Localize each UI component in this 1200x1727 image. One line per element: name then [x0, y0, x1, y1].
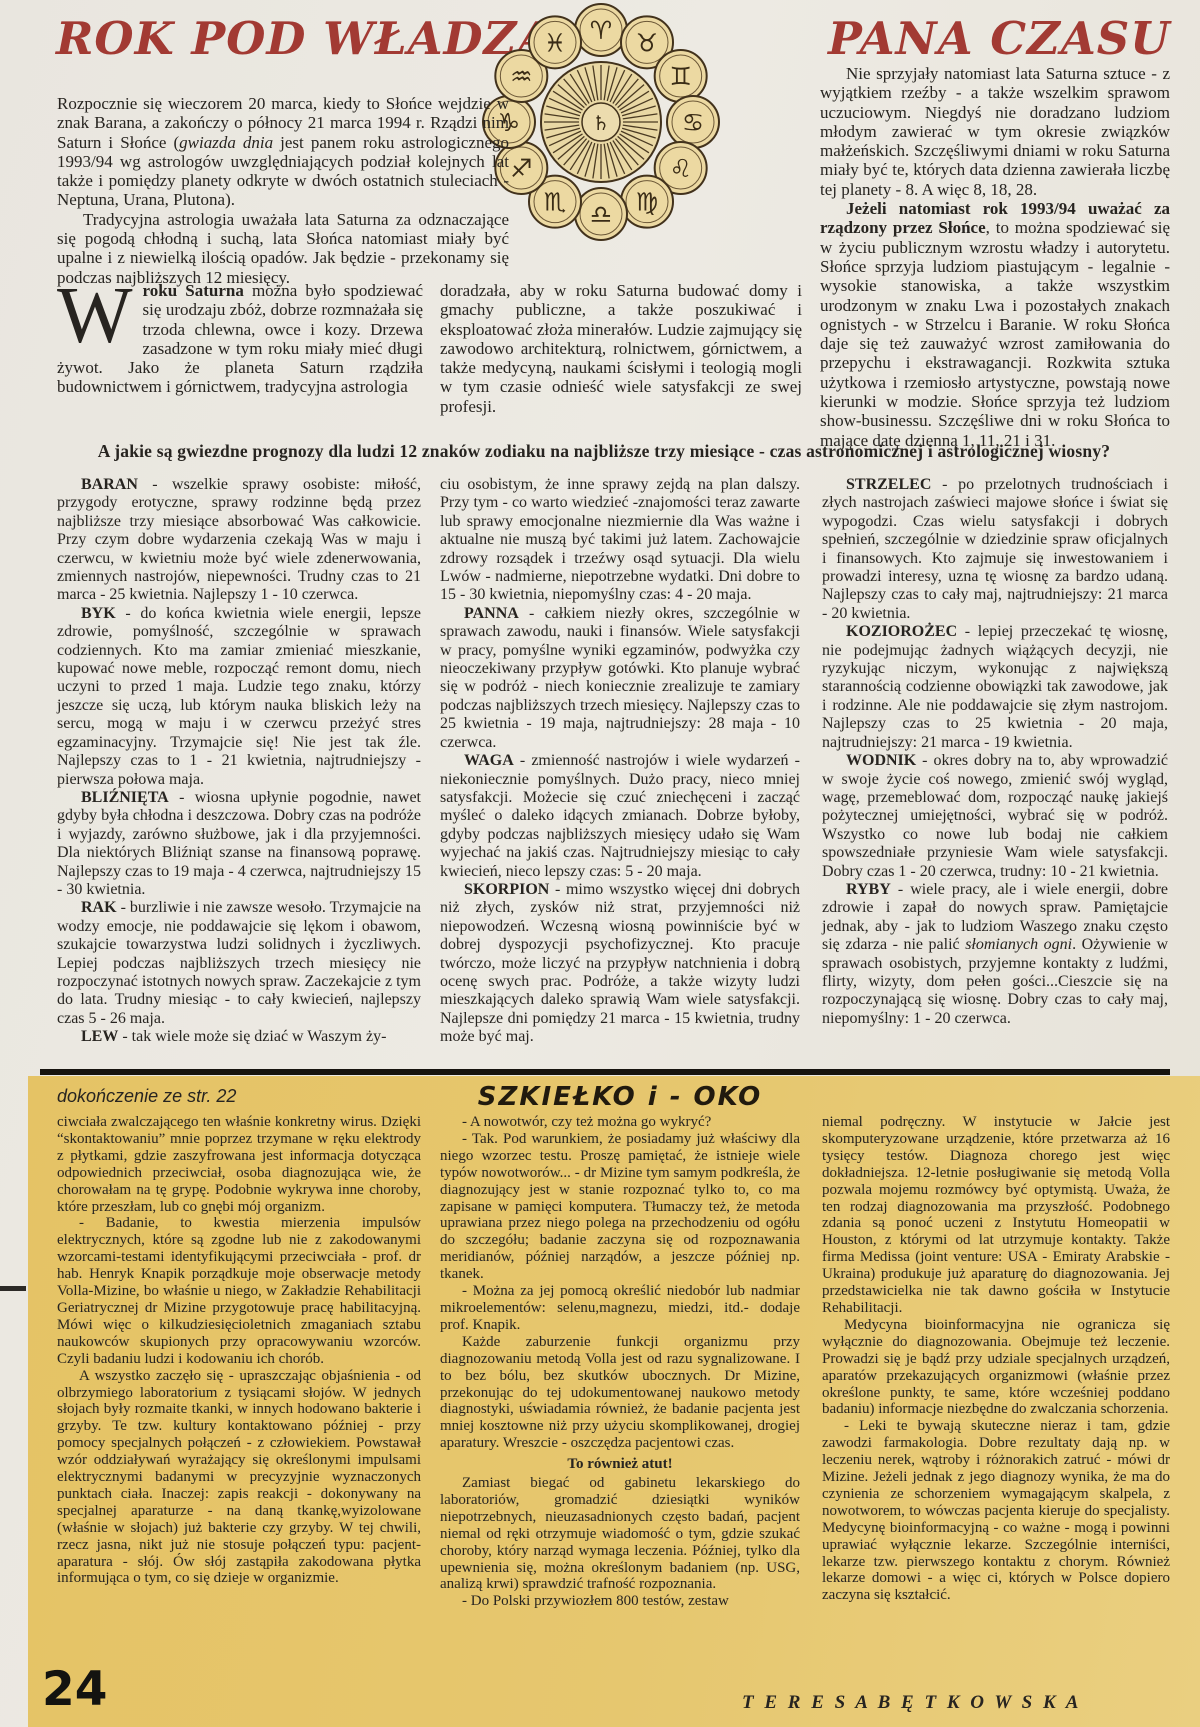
newspaper-page: { "page": { "bg": "#e8e5dd", "accent_red… — [0, 0, 1200, 1727]
horoscope-entry-panna: PANNA - całkiem niezły okres, szczególni… — [440, 605, 800, 752]
sign-name-strzelec: STRZELEC — [846, 476, 931, 493]
entry-text: - tak wiele może się dziać w Waszym ży- — [118, 1028, 386, 1045]
saturn-paragraph-continued: doradzała, aby w roku Saturna budować do… — [440, 281, 802, 416]
entry-text: - okres dobry na to, aby wprowadzić w sw… — [822, 752, 1168, 879]
section-divider — [40, 1069, 1170, 1075]
sign-name-panna: PANNA — [464, 605, 519, 622]
author-byline: T E R E S A B Ę T K O W S K A — [742, 1692, 1081, 1714]
intro-italic: gwiazda dnia — [179, 133, 273, 152]
szkielko-column-2: - A nowotwór, czy też można go wykryć? -… — [440, 1114, 800, 1610]
entry-text: - do końca kwietnia wiele energii, lepsz… — [57, 605, 421, 788]
paragraph: - Do Polski przywiozłem 800 testów, zest… — [440, 1593, 800, 1610]
horoscope-entry-koziorozec: KOZIOROŻEC - lepiej przeczekać tę wiosnę… — [822, 623, 1168, 752]
section-banner: A jakie są gwiezdne prognozy dla ludzi 1… — [40, 441, 1168, 462]
szkielko-column-1: ciwciała zwalczającego ten właśnie konkr… — [57, 1114, 421, 1587]
horoscope-entry-byk: BYK - do końca kwietnia wiele energii, l… — [57, 605, 421, 789]
paragraph: ciwciała zwalczającego ten właśnie konkr… — [57, 1114, 421, 1215]
intro-paragraph-1: Rozpocznie się wieczorem 20 marca, kiedy… — [57, 94, 509, 210]
sign-name-koziorozec: KOZIOROŻEC — [846, 623, 957, 640]
zodiac-wheel-svg: ♄ ♈♉♊♋♌♍♎♏♐♑♒♓ — [476, 0, 726, 246]
horoscope-entry-skorpion: SKORPION - mimo wszystko więcej dni dobr… — [440, 881, 800, 1047]
horoscope-entry-waga: WAGA - zmienność nastrojów i wiele wydar… — [440, 752, 800, 881]
zodiac-glyph-icon: ♏ — [544, 188, 566, 217]
sign-name-baran: BARAN — [81, 476, 138, 493]
zodiac-glyph-icon: ♐ — [510, 154, 532, 183]
sign-name-blizneta: BLIŹNIĘTA — [81, 789, 169, 806]
sign-name-skorpion: SKORPION — [464, 881, 549, 898]
horoscope-entry-baran: BARAN - wszelkie sprawy osobiste: miłość… — [57, 476, 421, 605]
page-number: 24 — [42, 1662, 107, 1717]
zodiac-wheel: ♄ ♈♉♊♋♌♍♎♏♐♑♒♓ — [476, 0, 726, 246]
paragraph: - Badanie, to kwestia mierzenia impulsów… — [57, 1215, 421, 1367]
horoscope-entry-strzelec: STRZELEC - po przelotnych trudnościach i… — [822, 476, 1168, 623]
szkielko-column-3: niemal podręczny. W instytucie w Jałcie … — [822, 1114, 1170, 1604]
zodiac-glyph-icon: ♈ — [590, 16, 612, 45]
horoscope-entry-ryby: RYBY - wiele pracy, ale i wiele energii,… — [822, 881, 1168, 1028]
paragraph: niemal podręczny. W instytucie w Jałcie … — [822, 1114, 1170, 1317]
entry-text: - mimo wszystko więcej dni dobrych niż z… — [440, 881, 800, 1045]
headline-right: PANA CZASU — [828, 12, 1171, 65]
zodiac-glyph-icon: ♉ — [636, 28, 658, 57]
bold-lead: roku Saturna — [143, 281, 244, 300]
zodiac-glyph-icon: ♋ — [682, 108, 704, 137]
saturn-paragraph: Wroku Saturna można było spodziewać się … — [57, 281, 423, 397]
horoscope-column-2: ciu osobistym, że inne sprawy zejdą na p… — [440, 476, 800, 1047]
zodiac-glyph-icon: ♒ — [510, 62, 532, 91]
saturn-middle-column: doradzała, aby w roku Saturna budować do… — [440, 281, 802, 416]
paragraph: - Leki te bywają skuteczne nieraz i tam,… — [822, 1418, 1170, 1604]
horoscope-entry-blizneta: BLIŹNIĘTA - wiosna upłynie pogodnie, naw… — [57, 789, 421, 899]
paragraph: Każde zaburzenie funkcji organizmu przy … — [440, 1334, 800, 1452]
entry-text: - lepiej przeczekać tę wiosnę, nie podej… — [822, 623, 1168, 750]
zodiac-glyph-icon: ♊ — [669, 62, 691, 91]
sign-name-wodnik: WODNIK — [846, 752, 916, 769]
paragraph: Medycyna bioinformacyjna nie ogranicza s… — [822, 1317, 1170, 1418]
intro-column: Rozpocznie się wieczorem 20 marca, kiedy… — [57, 94, 509, 287]
right-intro-column: Nie sprzyjały natomiast lata Saturna szt… — [820, 64, 1170, 450]
right-text: , to można spodziewać się w życiu public… — [820, 218, 1170, 449]
horoscope-entry-rak: RAK - burzliwie i nie zawsze wesoło. Trz… — [57, 899, 421, 1028]
sign-name-rak: RAK — [81, 899, 117, 916]
horoscope-entry-lew-continued: ciu osobistym, że inne sprawy zejdą na p… — [440, 476, 800, 605]
zodiac-glyph-icon: ♍ — [636, 188, 658, 217]
sign-name-byk: BYK — [81, 605, 116, 622]
entry-text: - całkiem niezły okres, szczególnie w sp… — [440, 605, 800, 751]
szkielko-title: SZKIEŁKO i - OKO — [426, 1082, 814, 1112]
entry-text: - zmienność nastrojów i wiele wydarzeń -… — [440, 752, 800, 879]
entry-italic: słomianych ogni — [965, 936, 1072, 953]
continuation-note: dokończenie ze str. 22 — [57, 1086, 236, 1107]
entry-text: - wszelkie sprawy osobiste: miłość, przy… — [57, 476, 421, 603]
horoscope-column-1: BARAN - wszelkie sprawy osobiste: miłość… — [57, 476, 421, 1047]
subhead: To również atut! — [440, 1456, 800, 1473]
dropcap-w: W — [57, 281, 143, 347]
sign-name-ryby: RYBY — [846, 881, 891, 898]
paragraph: - Można za jej pomocą określić niedobór … — [440, 1283, 800, 1334]
right-paragraph-1: Nie sprzyjały natomiast lata Saturna szt… — [820, 64, 1170, 199]
horoscope-entry-lew: LEW - tak wiele może się dziać w Waszym … — [57, 1028, 421, 1046]
paragraph: A wszystko zaczęło się - upraszczając ob… — [57, 1368, 421, 1588]
zodiac-glyph-icon: ♌ — [669, 154, 691, 183]
horoscope-column-3: STRZELEC - po przelotnych trudnościach i… — [822, 476, 1168, 1028]
zodiac-glyph-icon: ♓ — [544, 28, 566, 57]
entry-text: - burzliwie i nie zawsze wesoło. Trzymaj… — [57, 899, 421, 1026]
paragraph: - A nowotwór, czy też można go wykryć? — [440, 1114, 800, 1131]
sign-name-waga: WAGA — [464, 752, 514, 769]
zodiac-glyph-icon: ♎ — [590, 200, 612, 229]
right-paragraph-2: Jeżeli natomiast rok 1993/94 uważać za r… — [820, 199, 1170, 450]
saturn-left-column: Wroku Saturna można było spodziewać się … — [57, 281, 423, 397]
entry-text: - po przelotnych trudnościach i złych na… — [822, 476, 1168, 622]
saturn-symbol: ♄ — [592, 111, 610, 135]
sign-name-lew: LEW — [81, 1028, 118, 1045]
paragraph: Zamiast biegać od gabinetu lekarskiego d… — [440, 1475, 800, 1593]
horoscope-entry-wodnik: WODNIK - okres dobry na to, aby wprowadz… — [822, 752, 1168, 881]
margin-mark — [0, 1286, 26, 1291]
paragraph: - Tak. Pod warunkiem, że posiadamy już w… — [440, 1131, 800, 1283]
